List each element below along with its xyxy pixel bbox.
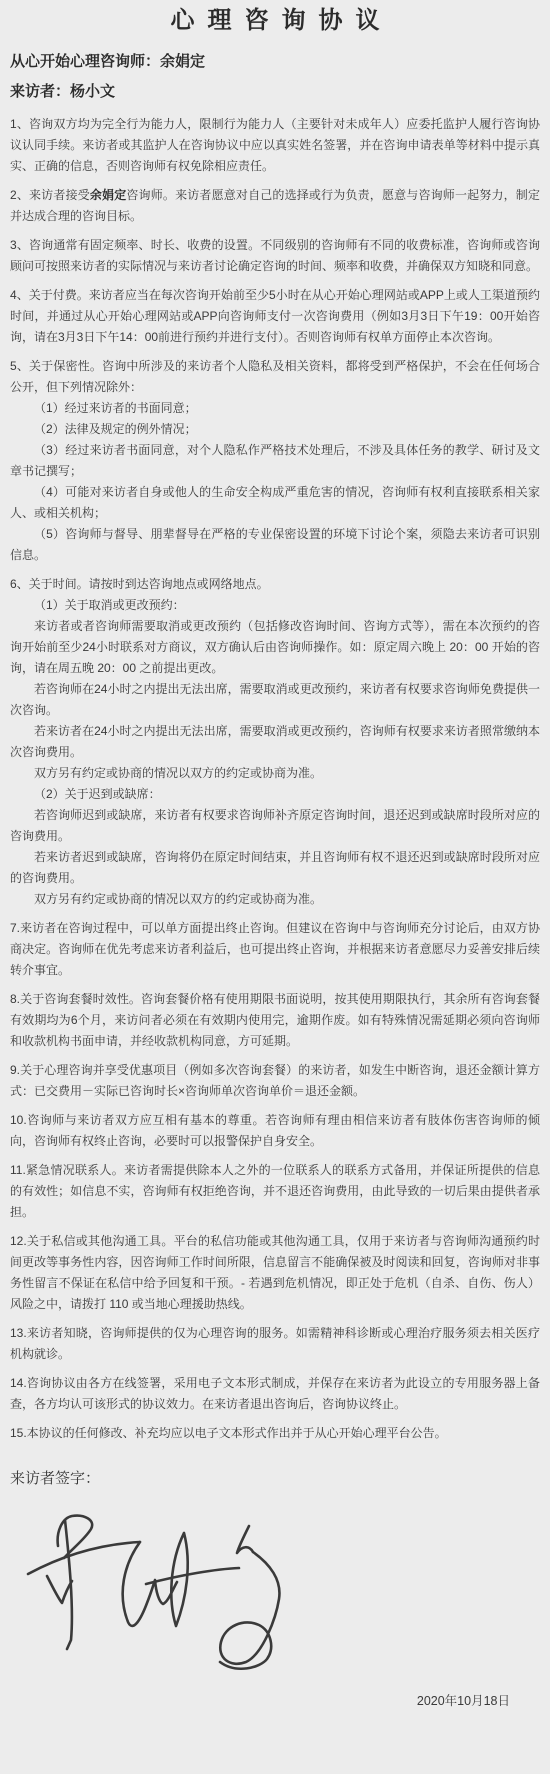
clause-1: 1、咨询双方均为完全行为能力人，限制行为能力人（主要针对未成年人）应委托监护人履… — [10, 114, 540, 177]
clause-paragraph: 13.来访者知晓，咨询师提供的仅为心理咨询的服务。如需精神科诊断或心理治疗服务须… — [10, 1323, 540, 1365]
clause-subitem: 双方另有约定或协商的情况以双方的约定或协商为准。 — [10, 889, 540, 910]
clause-subitem: （4）可能对来访者自身或他人的生命安全构成严重危害的情况，咨询师有权利直接联系相… — [10, 482, 540, 524]
clause-paragraph: 9.关于心理咨询并享受优惠项目（例如多次咨询套餐）的来访者，如发生中断咨询，退还… — [10, 1060, 540, 1102]
clause-paragraph: 8.关于咨询套餐时效性。咨询套餐价格有使用期限书面说明，按其使用期限执行，其余所… — [10, 989, 540, 1052]
agreement-document: 心理咨询协议 从心开始心理咨询师：余娟定 来访者：杨小文 1、咨询双方均为完全行… — [0, 0, 550, 1709]
counselor-line: 从心开始心理咨询师：余娟定 — [10, 54, 540, 70]
clause-15: 15.本协议的任何修改、补充均应以电子文本形式作出并于从心开始心理平台公告。 — [10, 1423, 540, 1444]
clause-paragraph: 7.来访者在咨询过程中，可以单方面提出终止咨询。但建议在咨询中与咨询师充分讨论后… — [10, 918, 540, 981]
clause-7: 7.来访者在咨询过程中，可以单方面提出终止咨询。但建议在咨询中与咨询师充分讨论后… — [10, 918, 540, 981]
clause-subitem: （5）咨询师与督导、朋辈督导在严格的专业保密设置的环境下讨论个案，须隐去来访者可… — [10, 524, 540, 566]
clause-paragraph: 2、来访者接受余娟定咨询师。来访者愿意对自己的选择或行为负责，愿意与咨询师一起努… — [10, 185, 540, 227]
clause-paragraph: 11.紧急情况联系人。来访者需提供除本人之外的一位联系人的联系方式备用，并保证所… — [10, 1160, 540, 1223]
clause-2-prefix: 2、来访者接受 — [10, 188, 90, 202]
clause-paragraph: 10.咨询师与来访者双方应互相有基本的尊重。若咨询师有理由相信来访者有肢体伤害咨… — [10, 1110, 540, 1152]
clause-paragraph: 4、关于付费。来访者应当在每次咨询开始前至少5小时在从心开始心理网站或APP上或… — [10, 285, 540, 348]
clause-8: 8.关于咨询套餐时效性。咨询套餐价格有使用期限书面说明，按其使用期限执行，其余所… — [10, 989, 540, 1052]
visitor-signature-image — [20, 1502, 540, 1677]
signature-date: 2020年10月18日 — [10, 1691, 540, 1709]
clause-subitem: 若来访者迟到或缺席，咨询将仍在原定时间结束，并且咨询师有权不退还迟到或缺席时段所… — [10, 847, 540, 889]
clause-paragraph: 15.本协议的任何修改、补充均应以电子文本形式作出并于从心开始心理平台公告。 — [10, 1423, 540, 1444]
clause-10: 10.咨询师与来访者双方应互相有基本的尊重。若咨询师有理由相信来访者有肢体伤害咨… — [10, 1110, 540, 1152]
clause-14: 14.咨询协议由各方在线签署，采用电子文本形式制成，并保存在来访者为此设立的专用… — [10, 1373, 540, 1415]
clause-3: 3、咨询通常有固定频率、时长、收费的设置。不同级别的咨询师有不同的收费标准，咨询… — [10, 235, 540, 277]
clause-paragraph: 1、咨询双方均为完全行为能力人，限制行为能力人（主要针对未成年人）应委托监护人履… — [10, 114, 540, 177]
clause-13: 13.来访者知晓，咨询师提供的仅为心理咨询的服务。如需精神科诊断或心理治疗服务须… — [10, 1323, 540, 1365]
visitor-signature-label: 来访者签字： — [10, 1470, 540, 1488]
clause-11: 11.紧急情况联系人。来访者需提供除本人之外的一位联系人的联系方式备用，并保证所… — [10, 1160, 540, 1223]
clause-6: 6、关于时间。请按时到达咨询地点或网络地点。 （1）关于取消或更改预约： 来访者… — [10, 574, 540, 910]
clause-2: 2、来访者接受余娟定咨询师。来访者愿意对自己的选择或行为负责，愿意与咨询师一起努… — [10, 185, 540, 227]
clause-subitem: 来访者或者咨询师需要取消或更改预约（包括修改咨询时间、咨询方式等），需在本次预约… — [10, 616, 540, 679]
clause-9: 9.关于心理咨询并享受优惠项目（例如多次咨询套餐）的来访者，如发生中断咨询，退还… — [10, 1060, 540, 1102]
signature-strokes — [20, 1502, 300, 1677]
clause-subitem: （2）关于迟到或缺席： — [10, 784, 540, 805]
clause-subitem: 双方另有约定或协商的情况以双方的约定或协商为准。 — [10, 763, 540, 784]
clause-subitem: （3）经过来访者书面同意，对个人隐私作严格技术处理后，不涉及具体任务的教学、研讨… — [10, 440, 540, 482]
clause-paragraph: 5、关于保密性。咨询中所涉及的来访者个人隐私及相关资料，都将受到严格保护，不会在… — [10, 356, 540, 398]
clause-subitem: （2）法律及规定的例外情况； — [10, 419, 540, 440]
clause-4: 4、关于付费。来访者应当在每次咨询开始前至少5小时在从心开始心理网站或APP上或… — [10, 285, 540, 348]
clause-paragraph: 6、关于时间。请按时到达咨询地点或网络地点。 — [10, 574, 540, 595]
clause-paragraph: 14.咨询协议由各方在线签署，采用电子文本形式制成，并保存在来访者为此设立的专用… — [10, 1373, 540, 1415]
clause-subitem: 若来访者在24小时之内提出无法出席，需要取消或更改预约，咨询师有权要求来访者照常… — [10, 721, 540, 763]
clause-subitem: 若咨询师迟到或缺席，来访者有权要求咨询师补齐原定咨询时间，退还迟到或缺席时段所对… — [10, 805, 540, 847]
clause-paragraph: 12.关于私信或其他沟通工具。平台的私信功能或其他沟通工具，仅用于来访者与咨询师… — [10, 1231, 540, 1315]
clause-subitem: 若咨询师在24小时之内提出无法出席，需要取消或更改预约，来访者有权要求咨询师免费… — [10, 679, 540, 721]
clause-subitem: （1）经过来访者的书面同意； — [10, 398, 540, 419]
clause-5: 5、关于保密性。咨询中所涉及的来访者个人隐私及相关资料，都将受到严格保护，不会在… — [10, 356, 540, 566]
clause-subitem: （1）关于取消或更改预约： — [10, 595, 540, 616]
clause-paragraph: 3、咨询通常有固定频率、时长、收费的设置。不同级别的咨询师有不同的收费标准，咨询… — [10, 235, 540, 277]
visitor-line: 来访者：杨小文 — [10, 84, 540, 100]
counselor-name-bold: 余娟定 — [90, 188, 127, 202]
page-title: 心理咨询协议 — [10, 6, 550, 36]
clause-12: 12.关于私信或其他沟通工具。平台的私信功能或其他沟通工具，仅用于来访者与咨询师… — [10, 1231, 540, 1315]
